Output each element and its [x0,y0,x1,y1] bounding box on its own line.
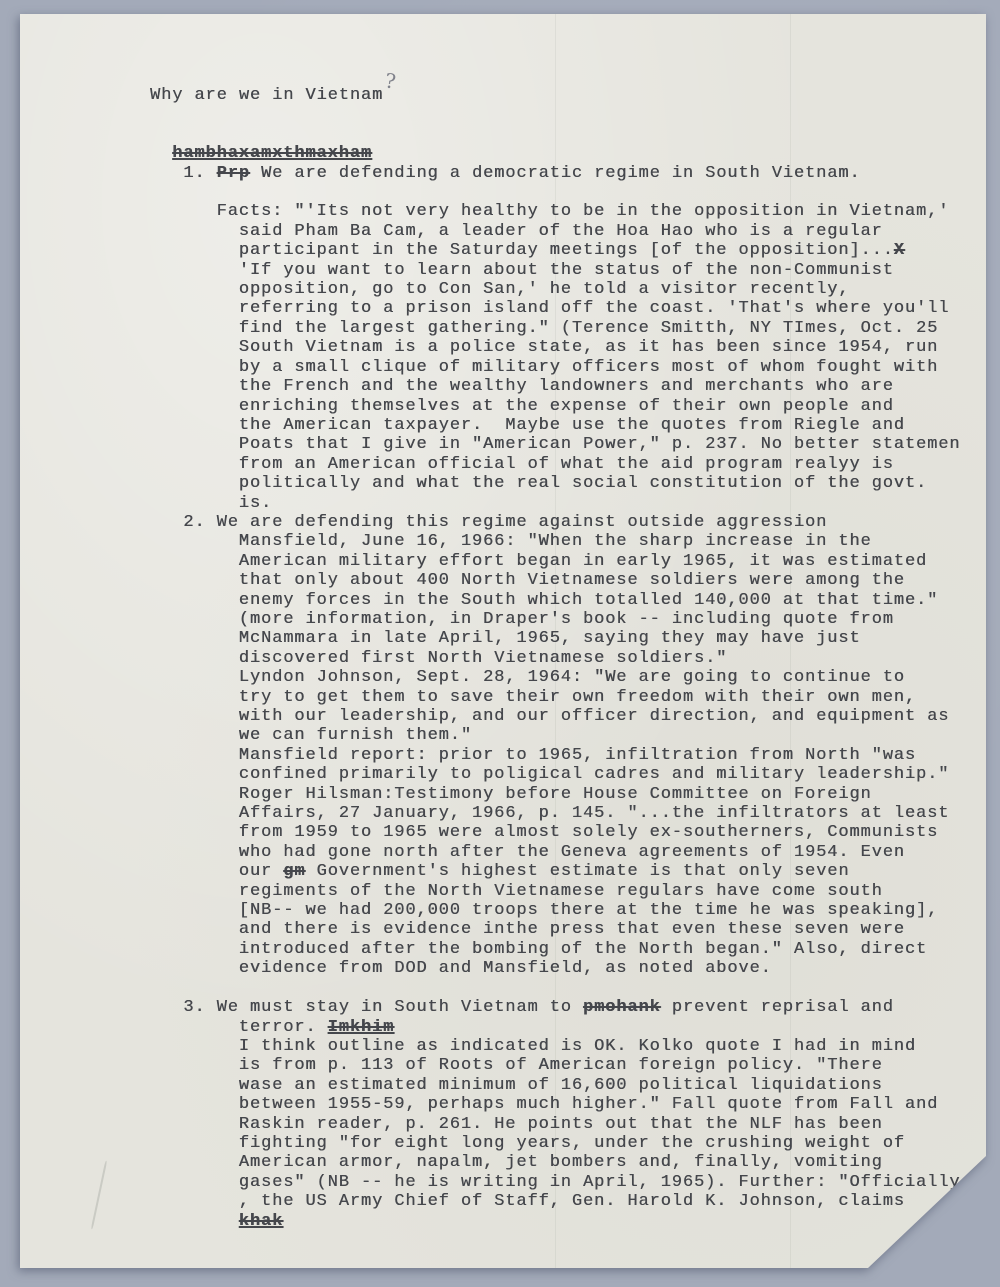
typed-line: is. [150,494,986,513]
text-segment: Government's highest estimate is that on… [305,862,849,881]
typed-line: discovered first North Vietnamese soldie… [150,649,986,668]
text-segment: 'If you want to learn about the status o… [239,261,894,280]
text-segment: South Vietnam is a police state, as it h… [239,338,938,357]
text-segment: enriching themselves at the expense of t… [239,397,894,416]
typed-line: 1. Prp We are defending a democratic reg… [150,164,986,183]
text-segment: terror. [239,1018,328,1037]
text-segment: said Pham Ba Cam, a leader of the Hoa Ha… [239,222,883,241]
text-segment: Why are we in Vietnam [150,86,383,105]
overstruck-line: hambhaxamxthmaxham [150,144,986,163]
text-segment: the American taxpayer. Maybe use the quo… [239,416,905,435]
struck-out-text: X [894,241,905,260]
typed-line: khak [150,1212,986,1231]
text-segment: Lyndon Johnson, Sept. 28, 1964: "We are … [239,668,905,687]
text-segment: We are defending a democratic regime in … [250,164,861,183]
handwritten-question-mark: ? [384,71,398,92]
text-segment: from 1959 to 1965 were almost solely ex-… [239,823,938,842]
typed-line: try to get them to save their own freedo… [150,688,986,707]
text-segment: confined primarily to poligical cadres a… [239,765,950,784]
text-segment: wase an estimated minimum of 16,600 poli… [239,1076,883,1095]
text-segment: Mansfield, June 16, 1966: "When the shar… [239,532,872,551]
text-segment: evidence from DOD and Mansfield, as note… [239,959,772,978]
text-segment: who had gone north after the Geneva agre… [239,843,905,862]
paper-shadow-wrapper: Why are we in Vietnam? hambhaxamxthmaxha… [20,14,986,1268]
typed-line: participant in the Saturday meetings [of… [150,241,986,260]
text-segment: find the largest gathering." (Terence Sm… [239,319,938,338]
typed-line: enriching themselves at the expense of t… [150,397,986,416]
text-segment: opposition, go to Con San,' he told a vi… [239,280,850,299]
text-segment: regiments of the North Vietnamese regula… [239,882,883,901]
typed-line: from an American official of what the ai… [150,455,986,474]
typed-line: , the US Army Chief of Staff, Gen. Harol… [150,1192,986,1211]
struck-out-text: pmohank [583,998,661,1017]
typed-line: Lyndon Johnson, Sept. 28, 1964: "We are … [150,668,986,687]
typed-line: South Vietnam is a police state, as it h… [150,338,986,357]
typed-line [150,183,986,202]
text-segment: participant in the Saturday meetings [of… [239,241,894,260]
typed-line: Affairs, 27 January, 1966, p. 145. "...t… [150,804,986,823]
text-segment: try to get them to save their own freedo… [239,688,916,707]
typed-line: confined primarily to poligical cadres a… [150,765,986,784]
text-segment: American military effort began in early … [239,552,927,571]
text-segment: gases" (NB -- he is writing in April, 19… [239,1173,961,1192]
typed-line: the French and the wealthy landowners an… [150,377,986,396]
text-segment: from an American official of what the ai… [239,455,894,474]
text-segment: discovered first North Vietnamese soldie… [239,649,727,668]
typed-line: 'If you want to learn about the status o… [150,261,986,280]
typed-line: from 1959 to 1965 were almost solely ex-… [150,823,986,842]
text-segment: enemy forces in the South which totalled… [239,591,938,610]
typed-line: gases" (NB -- he is writing in April, 19… [150,1173,986,1192]
struck-out-text: hambhaxamxthmaxham [172,144,372,163]
typed-line: our gm Government's highest estimate is … [150,862,986,881]
typed-line: Poats that I give in "American Power," p… [150,435,986,454]
text-segment: introduced after the bombing of the Nort… [239,940,927,959]
typed-line: who had gone north after the Geneva agre… [150,843,986,862]
typed-line: by a small clique of military officers m… [150,358,986,377]
desk-background: Why are we in Vietnam? hambhaxamxthmaxha… [0,0,1000,1287]
typed-line: and there is evidence inthe press that e… [150,920,986,939]
text-segment: prevent reprisal and [661,998,894,1017]
typed-line [150,105,986,124]
text-segment: the French and the wealthy landowners an… [239,377,894,396]
struck-out-text: Prp [217,164,250,183]
typed-line: introduced after the bombing of the Nort… [150,940,986,959]
text-segment: by a small clique of military officers m… [239,358,938,377]
typed-line: fighting "for eight long years, under th… [150,1134,986,1153]
document-title: Why are we in Vietnam? [150,83,986,105]
typed-line: politically and what the real social con… [150,474,986,493]
text-segment: Poats that I give in "American Power," p… [239,435,961,454]
text-segment: is from p. 113 of Roots of American fore… [239,1056,883,1075]
text-segment: politically and what the real social con… [239,474,927,493]
typed-line [150,125,986,144]
typed-line: American armor, napalm, jet bombers and,… [150,1153,986,1172]
typed-line: terror. Imkhim [150,1018,986,1037]
text-segment: I think outline as indicated is OK. Kolk… [239,1037,916,1056]
typed-line: (more information, in Draper's book -- i… [150,610,986,629]
text-segment: 2. We are defending this regime against … [183,513,827,532]
text-segment: Roger Hilsman:Testimony before House Com… [239,785,872,804]
text-segment: 3. We must stay in South Vietnam to [183,998,583,1017]
typed-line: said Pham Ba Cam, a leader of the Hoa Ha… [150,222,986,241]
struck-out-text: Imkhim [328,1018,395,1037]
text-segment: is. [239,494,272,513]
text-segment: referring to a prison island off the coa… [239,299,950,318]
typed-line: [NB-- we had 200,000 troops there at the… [150,901,986,920]
typed-line: regiments of the North Vietnamese regula… [150,882,986,901]
typed-line: that only about 400 North Vietnamese sol… [150,571,986,590]
typed-line: American military effort began in early … [150,552,986,571]
text-segment: American armor, napalm, jet bombers and,… [239,1153,883,1172]
text-segment: with our leadership, and our officer dir… [239,707,950,726]
typed-line: is from p. 113 of Roots of American fore… [150,1056,986,1075]
document-page: Why are we in Vietnam? hambhaxamxthmaxha… [20,14,986,1268]
typed-line: opposition, go to Con San,' he told a vi… [150,280,986,299]
typed-line: Facts: "'Its not very healthy to be in t… [150,202,986,221]
typed-content: Why are we in Vietnam? hambhaxamxthmaxha… [20,14,986,1231]
typed-line: with our leadership, and our officer dir… [150,707,986,726]
text-segment: Raskin reader, p. 261. He points out tha… [239,1115,883,1134]
typed-line: the American taxpayer. Maybe use the quo… [150,416,986,435]
typed-line: enemy forces in the South which totalled… [150,591,986,610]
typed-line: I think outline as indicated is OK. Kolk… [150,1037,986,1056]
text-segment: (more information, in Draper's book -- i… [239,610,894,629]
text-segment: that only about 400 North Vietnamese sol… [239,571,905,590]
typed-line: 2. We are defending this regime against … [150,513,986,532]
typed-line: McNammara in late April, 1965, saying th… [150,629,986,648]
typed-line: 3. We must stay in South Vietnam to pmoh… [150,998,986,1017]
typed-line [150,979,986,998]
typed-line: evidence from DOD and Mansfield, as note… [150,959,986,978]
text-segment: and there is evidence inthe press that e… [239,920,905,939]
text-segment: our [239,862,283,881]
text-segment: [NB-- we had 200,000 troops there at the… [239,901,938,920]
text-segment: fighting "for eight long years, under th… [239,1134,905,1153]
text-segment: 1. [183,164,216,183]
typed-line: Raskin reader, p. 261. He points out tha… [150,1115,986,1134]
struck-out-text: gm [283,862,305,881]
text-segment: between 1955-59, perhaps much higher." F… [239,1095,938,1114]
typed-line: between 1955-59, perhaps much higher." F… [150,1095,986,1114]
struck-out-text: khak [239,1212,283,1231]
text-segment: Facts: "'Its not very healthy to be in t… [217,202,950,221]
typed-line: Roger Hilsman:Testimony before House Com… [150,785,986,804]
text-segment: Mansfield report: prior to 1965, infiltr… [239,746,916,765]
text-segment: , the US Army Chief of Staff, Gen. Harol… [239,1192,905,1211]
text-segment: McNammara in late April, 1965, saying th… [239,629,861,648]
typed-line: referring to a prison island off the coa… [150,299,986,318]
text-segment: we can furnish them." [239,726,472,745]
text-segment: Affairs, 27 January, 1966, p. 145. "...t… [239,804,950,823]
typed-line: we can furnish them." [150,726,986,745]
typed-line: Mansfield, June 16, 1966: "When the shar… [150,532,986,551]
typed-line: wase an estimated minimum of 16,600 poli… [150,1076,986,1095]
typed-line: find the largest gathering." (Terence Sm… [150,319,986,338]
typed-line: Mansfield report: prior to 1965, infiltr… [150,746,986,765]
